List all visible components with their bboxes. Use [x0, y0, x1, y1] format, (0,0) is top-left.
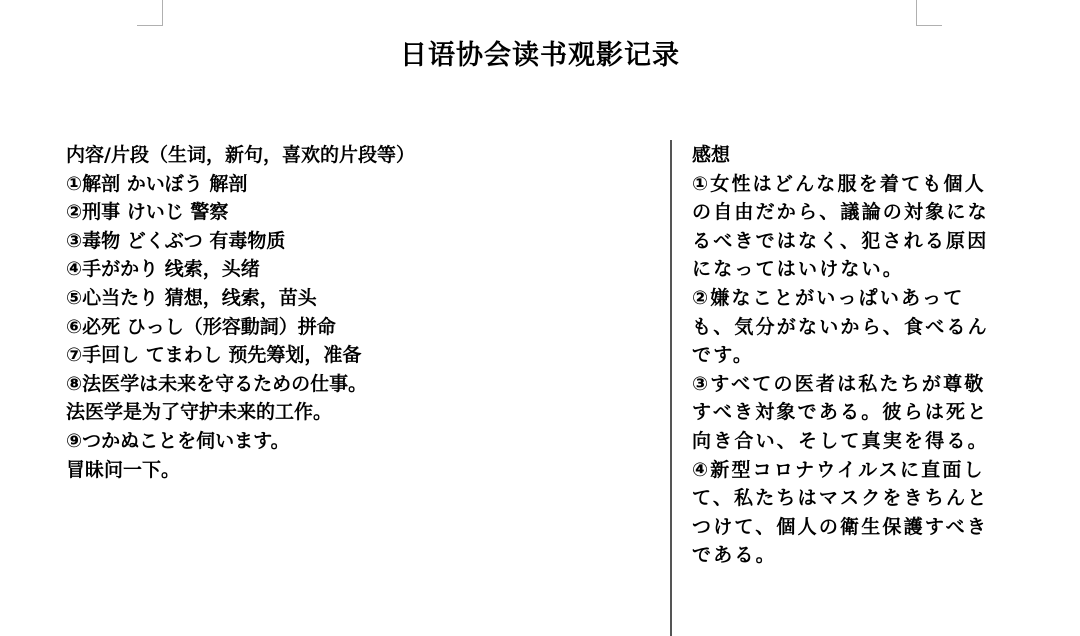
page-corner-mark-top-right: [916, 0, 942, 26]
content-line: ⑦手回し てまわし 预先筹划，准备: [66, 341, 656, 370]
impression-line: になってはいけない。: [692, 255, 1022, 284]
content-line: ①解剖 かいぼう 解剖: [66, 170, 656, 199]
impression-line: である。: [692, 541, 1022, 570]
impression-line: ①女性はどんな服を着ても個人: [692, 170, 1022, 199]
impression-line: ②嫌なことがいっぱいあって: [692, 284, 1022, 313]
content-column: 内容/片段（生词，新句，喜欢的片段等） ①解剖 かいぼう 解剖 ②刑事 けいじ …: [66, 141, 656, 484]
impression-line: すべき対象である。彼らは死と: [692, 398, 1022, 427]
impressions-column-heading: 感想: [692, 141, 1022, 170]
content-column-heading: 内容/片段（生词，新句，喜欢的片段等）: [66, 141, 656, 170]
impression-line: です。: [692, 341, 1022, 370]
content-line: ⑥必死 ひっし（形容動詞）拼命: [66, 313, 656, 342]
content-line: ⑤心当たり 猜想，线索，苗头: [66, 284, 656, 313]
content-line: ④手がかり 线索，头绪: [66, 255, 656, 284]
impression-line: ③すべての医者は私たちが尊敬: [692, 370, 1022, 399]
impression-line: の自由だから、議論の対象にな: [692, 198, 1022, 227]
column-divider: [670, 140, 672, 636]
content-line: ⑨つかぬことを伺います。: [66, 427, 656, 456]
page-corner-mark-top-left: [137, 0, 163, 26]
document-title: 日语协会读书观影记录: [0, 38, 1080, 74]
impression-line: ④新型コロナウイルスに直面し: [692, 456, 1022, 485]
impression-line: も、気分がないから、食べるん: [692, 313, 1022, 342]
content-line: 法医学是为了守护未来的工作。: [66, 398, 656, 427]
impression-line: るべきではなく、犯される原因: [692, 227, 1022, 256]
impression-line: つけて、個人の衛生保護すべき: [692, 513, 1022, 542]
content-line: ③毒物 どくぶつ 有毒物质: [66, 227, 656, 256]
content-line: 冒昧问一下。: [66, 456, 656, 485]
content-line: ②刑事 けいじ 警察: [66, 198, 656, 227]
impression-line: 向き合い、そして真実を得る。: [692, 427, 1022, 456]
impression-line: て、私たちはマスクをきちんと: [692, 484, 1022, 513]
impressions-column: 感想 ①女性はどんな服を着ても個人 の自由だから、議論の対象にな るべきではなく…: [692, 141, 1022, 570]
content-line: ⑧法医学は未来を守るための仕事。: [66, 370, 656, 399]
